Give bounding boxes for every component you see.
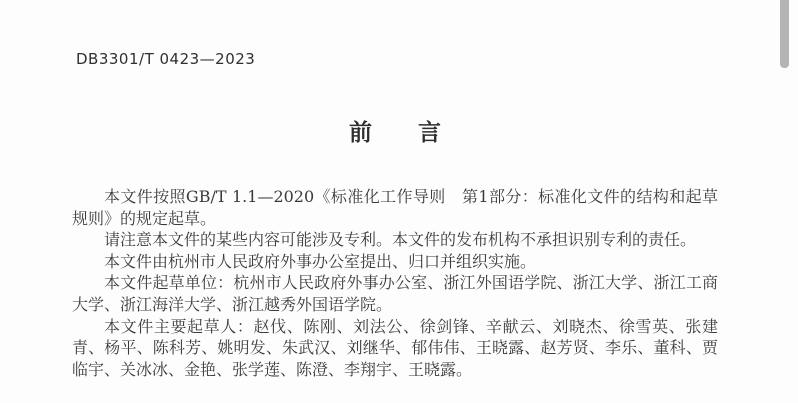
foreword-title: 前 言 [72, 119, 718, 147]
paragraph-drafting-units: 本文件起草单位：杭州市人民政府外事办公室、浙江外国语学院、浙江大学、浙江工商大学… [72, 272, 718, 315]
foreword-body: 本文件按照GB/T 1.1—2020《标准化工作导则 第1部分：标准化文件的结构… [72, 186, 718, 380]
paragraph-patent-notice: 请注意本文件的某些内容可能涉及专利。本文件的发布机构不承担识别专利的责任。 [72, 229, 718, 251]
paragraph-proposing-org: 本文件由杭州市人民政府外事办公室提出、归口并组织实施。 [72, 251, 718, 273]
scrollbar-thumb[interactable] [780, 0, 789, 68]
document-page: DB3301/T 0423—2023 前 言 本文件按照GB/T 1.1—202… [0, 0, 798, 403]
paragraph-main-drafters: 本文件主要起草人：赵伐、陈刚、刘法公、徐剑锋、辛献云、刘晓杰、徐雪英、张建青、杨… [72, 316, 718, 381]
document-code: DB3301/T 0423—2023 [76, 50, 255, 68]
paragraph-drafting-rules: 本文件按照GB/T 1.1—2020《标准化工作导则 第1部分：标准化文件的结构… [72, 186, 718, 229]
